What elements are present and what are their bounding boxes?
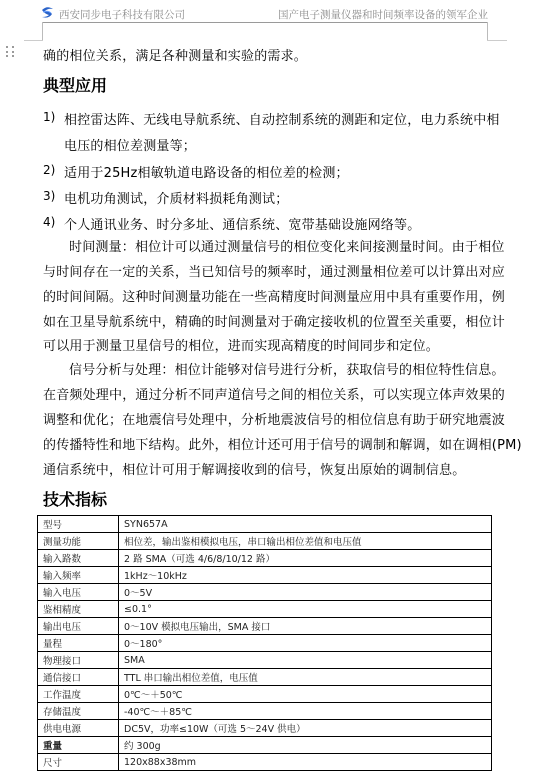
spec-key: 重量 bbox=[38, 737, 119, 754]
section-title-applications: 典型应用 bbox=[43, 73, 107, 96]
crop-mark bbox=[487, 40, 507, 41]
section-title-specs: 技术指标 bbox=[43, 487, 107, 510]
spec-value: TTL 串口输出相位差值，电压值 bbox=[119, 669, 492, 686]
spec-value: 0～10V 模拟电压输出，SMA 接口 bbox=[119, 618, 492, 635]
list-num: 1) bbox=[43, 110, 55, 124]
table-row: 物理接口SMA bbox=[38, 652, 492, 669]
spec-key: 输入频率 bbox=[38, 567, 119, 584]
company-logo-icon bbox=[40, 6, 55, 20]
spec-key: 量程 bbox=[38, 635, 119, 652]
table-row: 尺寸120x88x38mm bbox=[38, 754, 492, 771]
list-item: 个人通讯业务、时分多址、通信系统、宽带基础设施网络等。 bbox=[64, 214, 420, 233]
list-num: 3) bbox=[43, 189, 55, 203]
spec-key: 输入电压 bbox=[38, 584, 119, 601]
table-row: 输入路数2 路 SMA（可选 4/6/8/10/12 路） bbox=[38, 550, 492, 567]
spec-key: 存储温度 bbox=[38, 703, 119, 720]
table-row: 量程0～180° bbox=[38, 635, 492, 652]
spec-key: 通信接口 bbox=[38, 669, 119, 686]
company-name: 西安同步电子科技有限公司 bbox=[59, 7, 185, 22]
spec-value: DC5V，功率≤10W（可选 5～24V 供电） bbox=[119, 720, 492, 737]
crop-mark bbox=[42, 22, 43, 40]
spec-table: 型号SYN657A 测量功能相位差，输出鉴相模拟电压，串口输出相位差值和电压值 … bbox=[37, 515, 492, 771]
para-time-line: 与时间存在一定的关系，当已知信号的频率时，通过测量相位差可以计算出对应 bbox=[43, 261, 505, 280]
table-row: 重量约 300g bbox=[38, 737, 492, 754]
spec-value: 120x88x38mm bbox=[119, 754, 492, 771]
list-item: 适用于25Hz相敏轨道电路设备的相位差的检测； bbox=[64, 162, 349, 181]
para-time-line: 如在卫星导航系统中，精确的时间测量对于确定接收机的位置至关重要，相位计 bbox=[43, 311, 505, 330]
table-row: 输入电压0～5V bbox=[38, 584, 492, 601]
spec-value: 2 路 SMA（可选 4/6/8/10/12 路） bbox=[119, 550, 492, 567]
spec-key: 型号 bbox=[38, 516, 119, 533]
spec-value: 1kHz～10kHz bbox=[119, 567, 492, 584]
spec-key: 测量功能 bbox=[38, 533, 119, 550]
table-row: 工作温度0℃～＋50℃ bbox=[38, 686, 492, 703]
spec-key: 鉴相精度 bbox=[38, 601, 119, 618]
spec-value: 约 300g bbox=[119, 737, 492, 754]
table-row: 测量功能相位差，输出鉴相模拟电压，串口输出相位差值和电压值 bbox=[38, 533, 492, 550]
table-row: 输入频率1kHz～10kHz bbox=[38, 567, 492, 584]
para-time-line: 时间测量：相位计可以通过测量信号的相位变化来间接测量时间。由于相位 bbox=[69, 236, 505, 255]
crop-mark bbox=[24, 40, 43, 41]
crop-mark bbox=[487, 22, 488, 40]
list-item: 电机功角测试，介质材料损耗角测试； bbox=[64, 188, 288, 207]
list-num: 2) bbox=[43, 163, 55, 177]
spec-value: SMA bbox=[119, 652, 492, 669]
spec-key: 工作温度 bbox=[38, 686, 119, 703]
spec-key: 供电电源 bbox=[38, 720, 119, 737]
company-slogan: 国产电子测量仪器和时间频率设备的领军企业 bbox=[278, 7, 488, 22]
spec-value: 相位差，输出鉴相模拟电压，串口输出相位差值和电压值 bbox=[119, 533, 492, 550]
spec-value: SYN657A bbox=[119, 516, 492, 533]
spec-key: 输入路数 bbox=[38, 550, 119, 567]
spec-value: 0～180° bbox=[119, 635, 492, 652]
para-signal-line: 调整和优化；在地震信号处理中，分析地震波信号的相位信息有助于研究地震波 bbox=[43, 409, 505, 428]
spec-value: ≤0.1° bbox=[119, 601, 492, 618]
para-signal-line: 的传播特性和地下结构。此外，相位计还可用于信号的调制和解调，如在调相(PM) bbox=[43, 434, 522, 453]
spec-key: 物理接口 bbox=[38, 652, 119, 669]
page-header: 西安同步电子科技有限公司 国产电子测量仪器和时间频率设备的领军企业 bbox=[40, 6, 488, 22]
drag-handle-icon[interactable] bbox=[6, 46, 16, 58]
list-item: 电压的相位差测量等； bbox=[64, 135, 196, 154]
spec-key: 尺寸 bbox=[38, 754, 119, 771]
table-row: 通信接口TTL 串口输出相位差值，电压值 bbox=[38, 669, 492, 686]
para-time-line: 的时间间隔。这种时间测量功能在一些高精度时间测量应用中具有重要作用，例 bbox=[43, 286, 505, 305]
para-signal-line: 通信系统中，相位计可用于解调接收到的信号，恢复出原始的调制信息。 bbox=[43, 459, 465, 478]
spec-key: 输出电压 bbox=[38, 618, 119, 635]
table-row: 供电电源DC5V，功率≤10W（可选 5～24V 供电） bbox=[38, 720, 492, 737]
table-row: 鉴相精度≤0.1° bbox=[38, 601, 492, 618]
para-signal-line: 信号分析与处理：相位计能够对信号进行分析，获取信号的相位特性信息。 bbox=[69, 359, 505, 378]
para-signal-line: 在音频处理中，通过分析不同声道信号之间的相位关系，可以实现立体声效果的 bbox=[43, 384, 505, 403]
table-row: 型号SYN657A bbox=[38, 516, 492, 533]
table-row: 输出电压0～10V 模拟电压输出，SMA 接口 bbox=[38, 618, 492, 635]
list-num: 4) bbox=[43, 215, 55, 229]
intro-tail: 确的相位关系，满足各种测量和实验的需求。 bbox=[43, 45, 307, 64]
table-row: 存储温度-40℃～＋85℃ bbox=[38, 703, 492, 720]
header-rule bbox=[42, 22, 488, 23]
list-item: 相控雷达阵、无线电导航系统、自动控制系统的测距和定位，电力系统中相 bbox=[64, 109, 500, 128]
spec-value: 0～5V bbox=[119, 584, 492, 601]
para-time-line: 可以用于测量卫星信号的相位，进而实现高精度的时间同步和定位。 bbox=[43, 335, 439, 354]
spec-value: 0℃～＋50℃ bbox=[119, 686, 492, 703]
spec-value: -40℃～＋85℃ bbox=[119, 703, 492, 720]
